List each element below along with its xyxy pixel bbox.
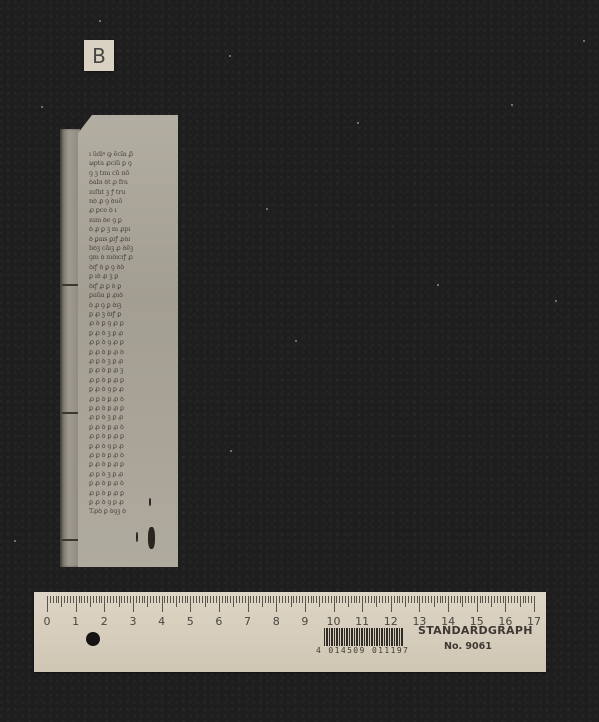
ruler-tick — [359, 596, 360, 603]
ruler-tick — [319, 596, 320, 607]
ruler-tick — [227, 596, 228, 603]
manuscript-line: ꝓ ꝑ ꝺ ꝑ ꝓ ꝑ — [89, 432, 175, 441]
ruler-tick — [193, 596, 194, 603]
dust-speck — [230, 450, 232, 452]
ruler-tick — [462, 596, 463, 607]
ruler-tick — [159, 596, 160, 603]
ruler-tick — [270, 596, 271, 603]
ruler-number: 12 — [384, 615, 398, 628]
ruler-number: 2 — [101, 615, 108, 628]
manuscript-line: ꝑaũa ꝑ ꝓıꝺ — [89, 291, 175, 300]
fold-mark — [62, 412, 80, 414]
ruler-tick — [491, 596, 492, 607]
ruler-tick — [242, 596, 243, 603]
ruler-tick — [50, 596, 51, 603]
ruler-tick — [285, 596, 286, 603]
barcode-number: 4 014509 011197 — [316, 646, 409, 655]
ruler-tick — [322, 596, 323, 603]
ruler-tick — [442, 596, 443, 603]
ruler-tick — [279, 596, 280, 603]
ruler-tick — [259, 596, 260, 603]
ruler-number: 1 — [72, 615, 79, 628]
ruler-tick — [187, 596, 188, 603]
barcode — [324, 628, 404, 646]
ruler-tick — [230, 596, 231, 603]
manuscript-line: ꝑ ꝓ ꝫ ꝺıꝭ ꝑ — [89, 310, 175, 319]
manuscript-line: ꝑ ꝓ ꝺ ꝑ ꝓ ꝺ — [89, 423, 175, 432]
ruler-tick — [167, 596, 168, 603]
ruler-tick — [397, 596, 398, 603]
manuscript-line: ꝑ ꝓ ꝺ ꝑ ꝓ ꝫ — [89, 366, 175, 375]
ruler-tick — [471, 596, 472, 603]
manuscript-line: ꝑ ꝓ ꝺ ꝯ ꝑ ꝓ — [89, 498, 175, 507]
ruler-tick — [139, 596, 140, 603]
ruler-tick — [417, 596, 418, 603]
ruler-tick — [311, 596, 312, 603]
manuscript-text: ı ũdiꝰ ꝙ ẽcĩa ꝓ̃ıⱥpta ꝓciũ ꝑ ꝯꝯ ꝫ tmı cũ… — [89, 150, 175, 520]
specimen-label-card: B — [84, 40, 114, 71]
ruler-tick — [419, 596, 420, 612]
manuscript-line: ꝓ ꝑ ꝺ ꝑ ꝓ ꝑ — [89, 376, 175, 385]
ruler-tick — [288, 596, 289, 603]
manuscript-line: ꝑ ꝓ ꝺ ꝑ ꝓ ꝑ — [89, 460, 175, 469]
ruler-tick — [150, 596, 151, 603]
ruler-tick — [104, 596, 105, 612]
ruler-tick — [445, 596, 446, 603]
ruler-tick — [121, 596, 122, 603]
ruler-tick — [500, 596, 501, 603]
manuscript-line: ꝑ ꝓ ꝺ ꝫ ꝑ ꝓ — [89, 329, 175, 338]
fragment-left-strip — [60, 129, 80, 567]
ruler-tick — [293, 596, 294, 603]
ruler-tick — [76, 596, 77, 612]
ruler-tick — [93, 596, 94, 603]
ruler-tick — [523, 596, 524, 603]
dust-speck — [357, 122, 359, 124]
ruler-tick — [225, 596, 226, 603]
manuscript-line: ꝓ ꝑ ꝺ ꝫ ꝑ ꝓ — [89, 413, 175, 422]
ruler-tick — [253, 596, 254, 603]
ruler-tick — [53, 596, 54, 603]
dust-speck — [555, 300, 557, 302]
ruler-tick — [273, 596, 274, 603]
ruler-tick — [520, 596, 521, 607]
dust-speck — [511, 104, 513, 106]
ruler-number: 5 — [187, 615, 194, 628]
ruler-tick — [127, 596, 128, 603]
ruler-tick — [508, 596, 509, 603]
ruler-tick — [70, 596, 71, 603]
ruler-tick — [262, 596, 263, 607]
ruler-number: 6 — [215, 615, 222, 628]
ruler-tick — [328, 596, 329, 603]
dust-speck — [437, 284, 439, 286]
ruler-tick — [331, 596, 332, 603]
ruler-tick — [245, 596, 246, 603]
ruler-tick — [248, 596, 249, 612]
dust-speck — [99, 20, 101, 22]
ruler-tick — [371, 596, 372, 603]
ruler-tick — [525, 596, 526, 603]
ruler-tick — [399, 596, 400, 603]
ruler-tick — [113, 596, 114, 603]
ink-stain — [149, 498, 151, 506]
ruler-tick — [440, 596, 441, 603]
ruler-tick — [119, 596, 120, 607]
ruler-tick — [482, 596, 483, 603]
ruler-tick — [136, 596, 137, 603]
ruler-tick — [73, 596, 74, 603]
ruler-tick — [382, 596, 383, 603]
ruler-tick — [47, 596, 48, 612]
ruler-tick — [133, 596, 134, 612]
dust-speck — [229, 55, 231, 57]
ruler-tick — [362, 596, 363, 612]
manuscript-line: ꝑ ꝓ ꝺ ꝑ ꝓ ꝑ — [89, 404, 175, 413]
ruler-tick — [185, 596, 186, 603]
ruler-tick — [179, 596, 180, 603]
manuscript-line: ıuſtıt ꝫ ꝭ tru — [89, 188, 175, 197]
ruler-tick — [485, 596, 486, 603]
ruler-tick — [313, 596, 314, 603]
ruler-tick — [99, 596, 100, 603]
ruler-tick — [56, 596, 57, 603]
ruler-tick — [58, 596, 59, 603]
ruler-tick — [503, 596, 504, 603]
fold-mark — [62, 539, 80, 541]
ruler-tick — [291, 596, 292, 607]
manuscript-line: ıⱥpta ꝓciũ ꝑ ꝯ — [89, 159, 175, 168]
ruler-tick — [190, 596, 191, 612]
ruler-tick — [422, 596, 423, 603]
ruler-tick — [351, 596, 352, 603]
ruler-tick — [305, 596, 306, 612]
ruler-tick — [402, 596, 403, 603]
manuscript-line: ꝑ ꝓ ꝺ ꝑ ꝓ ꝺ — [89, 479, 175, 488]
ruler-tick — [425, 596, 426, 603]
ruler-tick — [236, 596, 237, 603]
ruler-tick — [474, 596, 475, 603]
ruler-tick — [173, 596, 174, 603]
ruler-tick — [84, 596, 85, 603]
ruler-tick — [497, 596, 498, 603]
ruler-tick — [534, 596, 535, 612]
ruler-tick — [156, 596, 157, 603]
ruler-tick — [256, 596, 257, 603]
manuscript-line: ꝓ ꝑ ꝺ ꝑ ꝓ ꝑ — [89, 489, 175, 498]
manuscript-line: ꝺ ꝑaıs ꝑıꝭ ꝓꝺı — [89, 235, 175, 244]
ruler-tick — [365, 596, 366, 603]
scale-ruler: 01234567891011121314151617 4 014509 0111… — [34, 592, 546, 672]
ruler-tick — [428, 596, 429, 603]
ruler-tick — [376, 596, 377, 607]
ruler-tick — [325, 596, 326, 603]
ruler-tick — [511, 596, 512, 603]
ruler-tick — [299, 596, 300, 603]
ruler-tick — [316, 596, 317, 603]
manuscript-line: ꝯ ꝫ tmı cũ nõ — [89, 169, 175, 178]
ruler-tick — [460, 596, 461, 603]
ruler-tick — [124, 596, 125, 603]
ruler-tick — [368, 596, 369, 603]
ruler-tick — [354, 596, 355, 603]
ruler-tick — [348, 596, 349, 607]
ruler-hole — [86, 632, 100, 646]
dust-speck — [14, 540, 16, 542]
ruler-tick — [434, 596, 435, 607]
ruler-tick — [90, 596, 91, 607]
ruler-tick — [336, 596, 337, 603]
ruler-tick — [528, 596, 529, 603]
ruler-tick — [276, 596, 277, 612]
ruler-tick — [61, 596, 62, 607]
ruler-number: 4 — [158, 615, 165, 628]
ruler-tick — [454, 596, 455, 603]
ruler-tick — [394, 596, 395, 603]
ruler-tick — [196, 596, 197, 603]
ruler-tick — [505, 596, 506, 612]
manuscript-line: ꝓ ꝺ ꝑ ꝯ ꝓ ꝑ — [89, 319, 175, 328]
ruler-tick — [130, 596, 131, 603]
ruler-tick — [250, 596, 251, 603]
ruler-tick — [431, 596, 432, 603]
manuscript-line: ꝺıꝭ ꝺ ꝑ ꝯ ꝺꝺ — [89, 263, 175, 272]
manuscript-line: bꝺꝫ cãıꝫ ꝓ ꝺẽꝫ — [89, 244, 175, 253]
ruler-tick — [356, 596, 357, 603]
ruler-tick — [79, 596, 80, 603]
ruler-number: 11 — [355, 615, 369, 628]
manuscript-line: ꝑ ıꝺ ꝓ ꝫ ꝑ — [89, 272, 175, 281]
ruler-tick — [170, 596, 171, 603]
ruler-tick — [101, 596, 102, 603]
ruler-tick — [391, 596, 392, 612]
ruler-tick — [216, 596, 217, 603]
ruler-brand: STANDARDGRAPH — [418, 624, 533, 637]
manuscript-line: ꝯm ꝺ ıuꝺıcıꝭ ꝓ — [89, 253, 175, 262]
manuscript-line: ꝑ ꝓ ꝺ ꝯ ꝑ ꝓ — [89, 385, 175, 394]
ruler-tick — [219, 596, 220, 612]
ruler-tick — [110, 596, 111, 603]
ink-stain — [136, 532, 138, 542]
manuscript-line: ꝺ ꝓ ꝯ ꝑ ꝺıꝫ — [89, 301, 175, 310]
dust-speck — [41, 106, 43, 108]
manuscript-line: nꝺ ꝓ ꝯ ꝺuõ — [89, 197, 175, 206]
ruler-tick — [67, 596, 68, 603]
ruler-tick — [374, 596, 375, 603]
manuscript-line: ꝺ ꝓ ꝑ ꝫ m ꝓpı — [89, 225, 175, 234]
ruler-tick — [468, 596, 469, 603]
ruler-tick — [213, 596, 214, 603]
ruler-tick — [182, 596, 183, 603]
ruler-tick — [205, 596, 206, 607]
ruler-tick — [87, 596, 88, 603]
ruler-tick — [480, 596, 481, 603]
ruler-tick — [531, 596, 532, 603]
ruler-tick — [379, 596, 380, 603]
manuscript-line: ꝓ ꝑ ꝺ ꝫ ꝑ ꝓ — [89, 470, 175, 479]
ruler-tick — [405, 596, 406, 607]
ruler-number: 7 — [244, 615, 251, 628]
ruler-tick — [477, 596, 478, 612]
ruler-tick — [233, 596, 234, 607]
ruler-tick — [514, 596, 515, 603]
ruler-number: 0 — [44, 615, 51, 628]
ruler-tick — [465, 596, 466, 603]
manuscript-line: ꝓ ꝑ ꝺ ꝑ ꝓ ꝺ — [89, 451, 175, 460]
manuscript-line: ıum ꝺe ꝯ ꝑ — [89, 216, 175, 225]
dust-speck — [583, 40, 585, 42]
ink-stain — [148, 527, 155, 549]
manuscript-line: ꝓ ꝑ ꝺ ꝫ ꝑ ꝓ — [89, 357, 175, 366]
ruler-tick — [437, 596, 438, 603]
ruler-tick — [162, 596, 163, 612]
ruler-number: 10 — [327, 615, 341, 628]
dust-speck — [295, 340, 297, 342]
ruler-tick — [334, 596, 335, 612]
ruler-number: 9 — [301, 615, 308, 628]
manuscript-line: ꝑ ꝓ ꝺ ꝑ ꝓ ꝺ — [89, 348, 175, 357]
dust-speck — [266, 208, 268, 210]
manuscript-line: ꝓ ꝑ ꝺ ꝑ ꝓ ꝺ — [89, 395, 175, 404]
ruler-tick — [96, 596, 97, 603]
ruler-tick — [107, 596, 108, 603]
manuscript-line: ꝺıꝭ ꝓ ꝑ ꝺ ꝑ — [89, 282, 175, 291]
ruler-tick — [144, 596, 145, 603]
ruler-tick — [345, 596, 346, 603]
ruler-tick — [142, 596, 143, 603]
ruler-tick — [457, 596, 458, 603]
ruler-tick — [268, 596, 269, 603]
ruler-tick — [239, 596, 240, 603]
ruler-tick — [176, 596, 177, 607]
ruler-tick — [411, 596, 412, 603]
ruler-tick — [147, 596, 148, 607]
manuscript-line: ꝓ ꝑce ꝺ ı — [89, 206, 175, 215]
fold-mark — [62, 284, 80, 286]
ruler-tick — [451, 596, 452, 603]
ruler-tick — [207, 596, 208, 603]
ruler-tick — [342, 596, 343, 603]
manuscript-line: Tꝓꝺ ꝑ ꝺꝯꝫ ꝺ — [89, 507, 175, 516]
ruler-tick — [517, 596, 518, 603]
specimen-label-letter: B — [92, 44, 106, 68]
ruler-tick — [64, 596, 65, 603]
ruler-tick — [488, 596, 489, 603]
ruler-tick — [282, 596, 283, 603]
ruler-tick — [164, 596, 165, 603]
manuscript-fragment: ı ũdiꝰ ꝙ ẽcĩa ꝓ̃ıⱥpta ꝓciũ ꝑ ꝯꝯ ꝫ tmı cũ… — [60, 115, 178, 567]
ruler-tick — [116, 596, 117, 603]
ruler-ticks — [34, 592, 546, 616]
ruler-tick — [202, 596, 203, 603]
ruler-tick — [199, 596, 200, 603]
ruler-model: No. 9061 — [444, 641, 492, 652]
ruler-tick — [210, 596, 211, 603]
ruler-tick — [265, 596, 266, 603]
ruler-tick — [494, 596, 495, 603]
ruler-tick — [388, 596, 389, 603]
ruler-tick — [308, 596, 309, 603]
ruler-tick — [222, 596, 223, 603]
ruler-tick — [302, 596, 303, 603]
ruler-number: 3 — [129, 615, 136, 628]
ruler-tick — [339, 596, 340, 603]
ruler-tick — [414, 596, 415, 603]
manuscript-line: ꝓ ꝑ ꝺ ꝯ ꝓ ꝑ — [89, 338, 175, 347]
ruler-number: 8 — [273, 615, 280, 628]
ruler-tick — [296, 596, 297, 603]
manuscript-line: ꝑ ꝓ ꝺ ꝯ ꝑ ꝓ — [89, 442, 175, 451]
ruler-tick — [81, 596, 82, 603]
manuscript-line: ı ũdiꝰ ꝙ ẽcĩa ꝓ̃ — [89, 150, 175, 159]
ruler-tick — [448, 596, 449, 612]
ruler-tick — [153, 596, 154, 603]
ruler-tick — [408, 596, 409, 603]
manuscript-line: ꝺabı ꝺt ꝓ fra — [89, 178, 175, 187]
ruler-tick — [385, 596, 386, 603]
